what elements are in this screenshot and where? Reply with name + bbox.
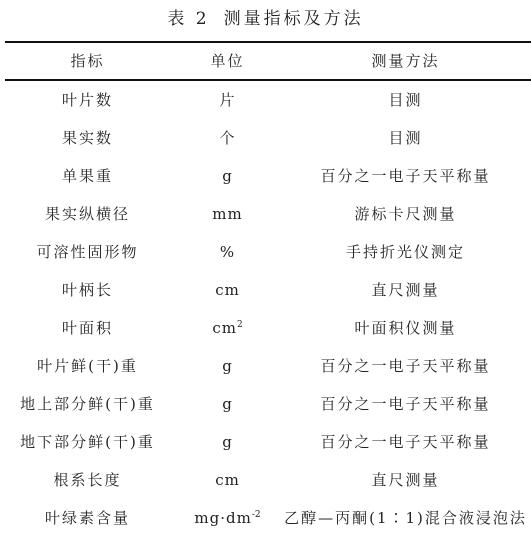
- indicator-cell: 叶绿素含量: [0, 499, 175, 534]
- unit-cell: %: [175, 233, 280, 271]
- method-cell: 游标卡尺测量: [280, 195, 531, 233]
- method-cell: 叶面积仪测量: [280, 309, 531, 347]
- indicator-cell: 单果重: [0, 157, 175, 195]
- unit-cell: g: [175, 385, 280, 423]
- unit-text: cm: [215, 281, 240, 299]
- unit-text: 个: [219, 129, 235, 147]
- table-row: 果实数个目测: [0, 119, 531, 157]
- unit-superscript: -2: [252, 510, 261, 520]
- unit-text: 片: [219, 91, 235, 109]
- header-unit: 单位: [175, 42, 280, 80]
- table-number: 表 2: [167, 9, 209, 29]
- unit-cell: cm: [175, 271, 280, 309]
- table-row: 可溶性固形物%手持折光仪测定: [0, 233, 531, 271]
- method-cell: 百分之一电子天平称量: [280, 385, 531, 423]
- indicator-cell: 地下部分鲜(干)重: [0, 423, 175, 461]
- unit-cell: g: [175, 423, 280, 461]
- unit-superscript: 2: [237, 320, 243, 330]
- unit-text: g: [222, 357, 233, 375]
- unit-cell: g: [175, 157, 280, 195]
- method-cell: 目测: [280, 119, 531, 157]
- unit-text: g: [222, 167, 233, 185]
- method-cell: 百分之一电子天平称量: [280, 347, 531, 385]
- table-row: 叶绿素含量mg·dm-2乙醇—丙酮(1∶1)混合液浸泡法: [0, 499, 531, 534]
- unit-cell: cm: [175, 461, 280, 499]
- unit-text: mm: [212, 205, 242, 223]
- table-row: 地上部分鲜(干)重g百分之一电子天平称量: [0, 385, 531, 423]
- method-cell: 乙醇—丙酮(1∶1)混合液浸泡法: [280, 499, 531, 534]
- table-row: 根系长度cm直尺测量: [0, 461, 531, 499]
- table-row: 叶柄长cm直尺测量: [0, 271, 531, 309]
- header-indicator: 指标: [0, 42, 175, 80]
- table-row: 单果重g百分之一电子天平称量: [0, 157, 531, 195]
- indicator-cell: 地上部分鲜(干)重: [0, 385, 175, 423]
- indicator-cell: 叶片鲜(干)重: [0, 347, 175, 385]
- indicator-cell: 果实纵横径: [0, 195, 175, 233]
- unit-cell: g: [175, 347, 280, 385]
- table-row: 叶片数片目测: [0, 81, 531, 119]
- table-row: 叶片鲜(干)重g百分之一电子天平称量: [0, 347, 531, 385]
- method-cell: 目测: [280, 81, 531, 119]
- method-cell: 百分之一电子天平称量: [280, 423, 531, 461]
- method-cell: 直尺测量: [280, 461, 531, 499]
- table-row: 果实纵横径mm游标卡尺测量: [0, 195, 531, 233]
- unit-text: g: [222, 395, 233, 413]
- indicator-cell: 叶片数: [0, 81, 175, 119]
- unit-text: cm: [215, 471, 240, 489]
- table-row: 叶面积cm2叶面积仪测量: [0, 309, 531, 347]
- method-cell: 百分之一电子天平称量: [280, 157, 531, 195]
- header-method: 测量方法: [280, 42, 531, 80]
- unit-cell: mm: [175, 195, 280, 233]
- unit-text: cm: [212, 319, 237, 337]
- method-cell: 直尺测量: [280, 271, 531, 309]
- unit-text: %: [220, 243, 235, 261]
- unit-cell: cm2: [175, 309, 280, 347]
- indicator-cell: 可溶性固形物: [0, 233, 175, 271]
- unit-cell: mg·dm-2: [175, 499, 280, 534]
- table-row: 地下部分鲜(干)重g百分之一电子天平称量: [0, 423, 531, 461]
- table-caption: 表 2测量指标及方法: [0, 5, 531, 33]
- indicator-cell: 果实数: [0, 119, 175, 157]
- indicator-cell: 叶柄长: [0, 271, 175, 309]
- table-title: 测量指标及方法: [224, 9, 364, 29]
- unit-cell: 个: [175, 119, 280, 157]
- unit-cell: 片: [175, 81, 280, 119]
- unit-text: g: [222, 433, 233, 451]
- table-header-row: 指标 单位 测量方法: [0, 42, 531, 80]
- indicator-cell: 根系长度: [0, 461, 175, 499]
- unit-text: mg·dm: [194, 509, 251, 527]
- indicator-cell: 叶面积: [0, 309, 175, 347]
- method-cell: 手持折光仪测定: [280, 233, 531, 271]
